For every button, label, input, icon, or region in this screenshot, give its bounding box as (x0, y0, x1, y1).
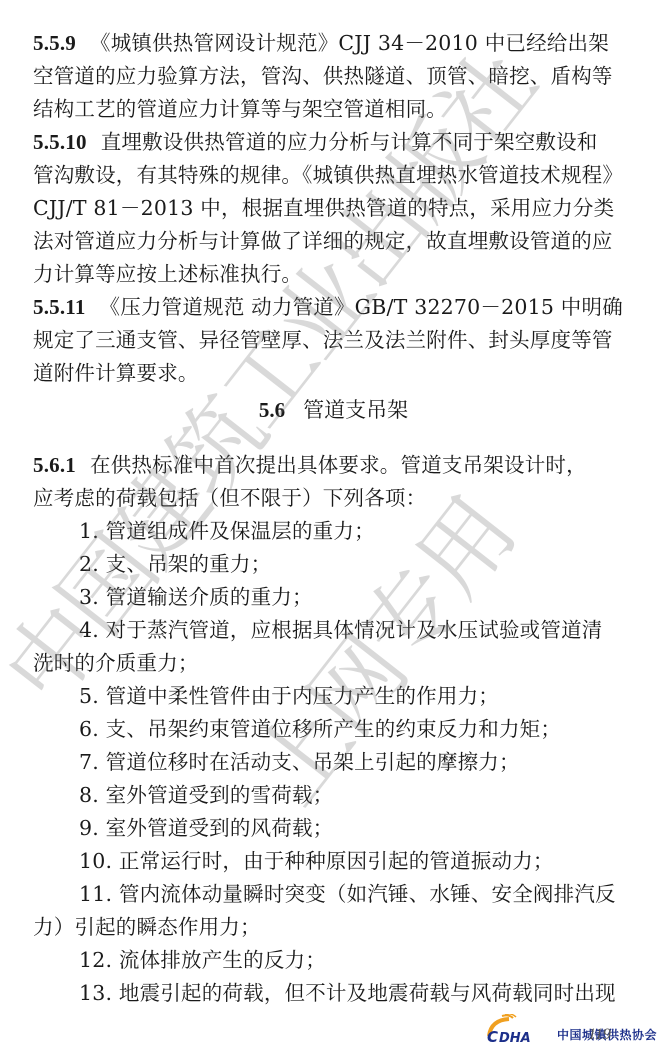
text-line: CJJ/T 81－2013 中，根据直埋供热管道的特点，采用应力分类 (33, 192, 643, 224)
text-line: 道附件计算要求。 (33, 357, 643, 389)
svg-text:C: C (487, 1028, 498, 1046)
list-item: 8. 室外管道受到的雪荷载； (79, 779, 667, 811)
list-item: 2. 支、吊架的重力； (79, 548, 667, 580)
clause-number: 5.5.9 (33, 31, 76, 55)
section-title: 管道支吊架 (303, 398, 408, 422)
text-line: 5.5.9《城镇供热管网设计规范》CJJ 34－2010 中已经给出架 (33, 27, 643, 59)
list-item-continuation: 力）引起的瞬态作用力； (33, 911, 643, 943)
clause-number: 5.5.10 (33, 130, 87, 154)
section-heading: 5.6管道支吊架 (0, 394, 667, 426)
cdha-logo-icon: C DHA (485, 1014, 545, 1046)
page-number: 119 (588, 1026, 611, 1044)
text-line: 应考虑的荷载包括（但不限于）下列各项： (33, 482, 643, 514)
section-number: 5.6 (259, 398, 285, 422)
list-item: 9. 室外管道受到的风荷载； (79, 812, 667, 844)
list-item-continuation: 洗时的介质重力； (33, 647, 643, 679)
text-line: 规定了三通支管、异径管壁厚、法兰及法兰附件、封头厚度等管 (33, 324, 643, 356)
clause-number: 5.5.11 (33, 295, 86, 319)
text-line: 管沟敷设，有其特殊的规律。《城镇供热直埋热水管道技术规程》 (33, 159, 643, 191)
text-line: 5.5.11《压力管道规范 动力管道》GB/T 32270－2015 中明确 (33, 291, 643, 323)
list-item: 5. 管道中柔性管件由于内压力产生的作用力； (79, 680, 667, 712)
text-line: 5.5.10直埋敷设供热管道的应力分析与计算不同于架空敷设和 (33, 126, 643, 158)
text-line: 法对管道应力分析与计算做了详细的规定，故直埋敷设管道的应 (33, 225, 643, 257)
clause-number: 5.6.1 (33, 453, 76, 477)
text-line: 力计算等应按上述标准执行。 (33, 258, 643, 290)
list-item: 1. 管道组成件及保温层的重力； (79, 515, 667, 547)
list-item: 3. 管道输送介质的重力； (79, 581, 667, 613)
list-item: 13. 地震引起的荷载，但不计及地震荷载与风荷载同时出现 (79, 977, 667, 1009)
svg-text:DHA: DHA (499, 1031, 531, 1046)
text-line: 5.6.1在供热标准中首次提出具体要求。管道支吊架设计时， (33, 449, 643, 481)
list-item: 4. 对于蒸汽管道，应根据具体情况计及水压试验或管道清 (79, 614, 667, 646)
document-page: 5.5.9《城镇供热管网设计规范》CJJ 34－2010 中已经给出架 空管道的… (0, 0, 667, 1058)
list-item: 11. 管内流体动量瞬时突变（如汽锤、水锤、安全阀排汽反 (79, 878, 667, 910)
association-logo: C DHA 中国城镇供热协会 (485, 1012, 665, 1052)
list-item: 12. 流体排放产生的反力； (79, 944, 667, 976)
text-line: 空管道的应力验算方法，管沟、供热隧道、顶管、暗挖、盾构等 (33, 60, 643, 92)
list-item: 7. 管道位移时在活动支、吊架上引起的摩擦力； (79, 746, 667, 778)
text-line: 结构工艺的管道应力计算等与架空管道相同。 (33, 93, 643, 125)
list-item: 10. 正常运行时，由于种种原因引起的管道振动力； (79, 845, 667, 877)
list-item: 6. 支、吊架约束管道位移所产生的约束反力和力矩； (79, 713, 667, 745)
